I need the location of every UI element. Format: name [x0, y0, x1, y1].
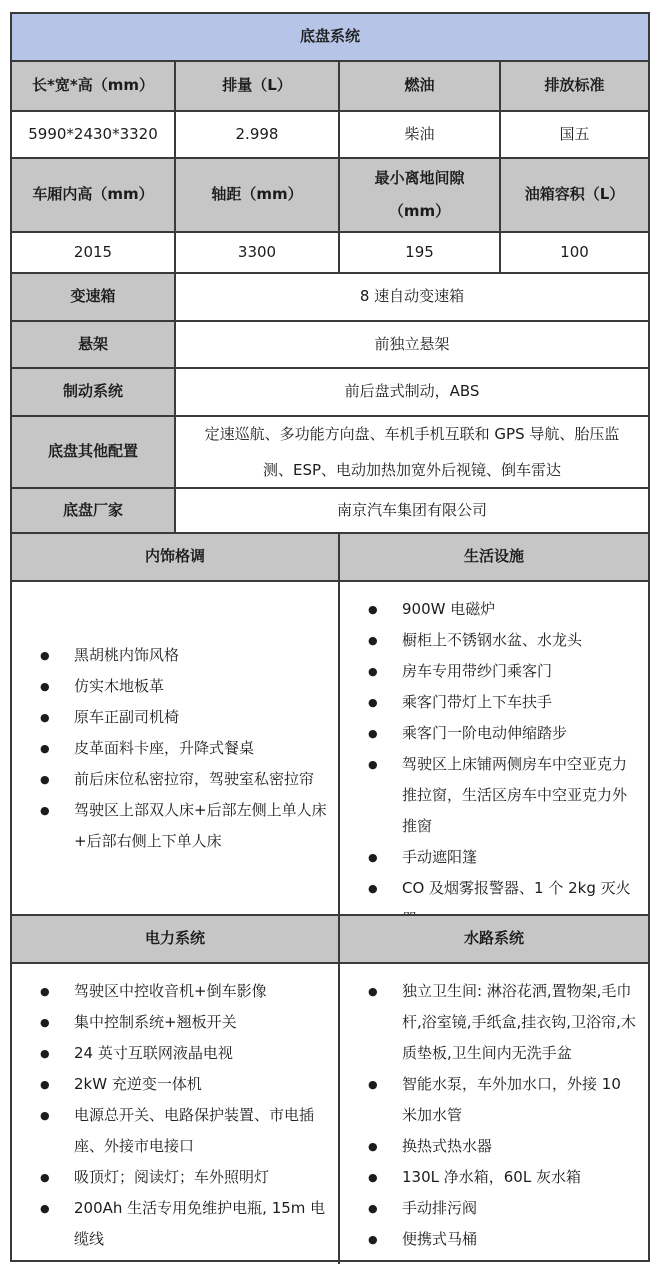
living-list-cell: ●900W 电磁炉 ●橱柜上不锈钢水盆、水龙头 ●房车专用带纱门乘客门 ●乘客门…	[338, 582, 648, 914]
bullet-icon: ●	[28, 1100, 74, 1131]
living-list: ●900W 电磁炉 ●橱柜上不锈钢水盆、水龙头 ●房车专用带纱门乘客门 ●乘客门…	[356, 594, 642, 914]
list-item: ●900W 电磁炉	[356, 594, 642, 625]
list-item: ●独立卫生间: 淋浴花洒,置物架,毛巾杆,浴室镜,手纸盒,挂衣钩,卫浴帘,木质垫…	[356, 976, 642, 1069]
spec-value-wheelbase: 3300	[174, 233, 338, 272]
bullet-icon: ●	[356, 976, 402, 1007]
list-item-text: 换热式热水器	[402, 1131, 642, 1162]
bullet-icon: ●	[356, 1162, 402, 1193]
list-item-text: 900W 电磁炉	[402, 594, 642, 625]
detail-row-suspension: 悬架 前独立悬架	[12, 320, 648, 367]
bullet-icon: ●	[28, 764, 74, 795]
detail-value-suspension: 前独立悬架	[174, 322, 648, 367]
list-item-text: 独立卫生间: 淋浴花洒,置物架,毛巾杆,浴室镜,手纸盒,挂衣钩,卫浴帘,木质垫板…	[402, 976, 642, 1069]
section-header-row-2: 电力系统 水路系统	[12, 914, 648, 962]
spec-header-row-2: 车厢内高（mm） 轴距（mm） 最小离地间隙 （mm） 油箱容积（L）	[12, 157, 648, 231]
list-item-text: 驾驶区中控收音机+倒车影像	[74, 976, 332, 1007]
list-item-text: 手动排污阀	[402, 1193, 642, 1224]
list-item: ●24 英寸互联网液晶电视	[28, 1038, 332, 1069]
spec-header-ground-clearance: 最小离地间隙 （mm）	[338, 159, 499, 231]
detail-label-gearbox: 变速箱	[12, 274, 174, 320]
detail-value-other-config: 定速巡航、多功能方向盘、车机手机互联和 GPS 导航、胎压监测、ESP、电动加热…	[174, 417, 648, 487]
spec-value-dimensions: 5990*2430*3320	[12, 112, 174, 157]
bullet-icon: ●	[28, 1069, 74, 1100]
list-item-text: 智能水泵，车外加水口，外接 10 米加水管	[402, 1069, 642, 1131]
bullet-icon: ●	[28, 795, 74, 826]
table-title-row: 底盘系统	[12, 14, 648, 60]
detail-row-gearbox: 变速箱 8 速自动变速箱	[12, 272, 648, 320]
list-item: ●电源总开关、电路保护装置、市电插座、外接市电接口	[28, 1100, 332, 1162]
list-item: ●手动遮阳篷	[356, 842, 642, 873]
list-item: ●前后床位私密拉帘，驾驶室私密拉帘	[28, 764, 332, 795]
section-header-row-1: 内饰格调 生活设施	[12, 532, 648, 580]
bullet-icon: ●	[356, 625, 402, 656]
detail-value-brakes: 前后盘式制动，ABS	[174, 369, 648, 415]
list-item-text: 房车专用带纱门乘客门	[402, 656, 642, 687]
list-item-text: 前后床位私密拉帘，驾驶室私密拉帘	[74, 764, 332, 795]
bullet-icon: ●	[28, 640, 74, 671]
list-item: ●200Ah 生活专用免维护电瓶, 15m 电缆线	[28, 1193, 332, 1255]
detail-label-suspension: 悬架	[12, 322, 174, 367]
list-item-text: 驾驶区上床铺两侧房车中空亚克力推拉窗，生活区房车中空亚克力外推窗	[402, 749, 642, 842]
detail-row-manufacturer: 底盘厂家 南京汽车集团有限公司	[12, 487, 648, 532]
list-item-text: 吸顶灯；阅读灯；车外照明灯	[74, 1162, 332, 1193]
list-item-text: 200Ah 生活专用免维护电瓶, 15m 电缆线	[74, 1193, 332, 1255]
list-item: ●原车正副司机椅	[28, 702, 332, 733]
list-item-text: 乘客门一阶电动伸缩踏步	[402, 718, 642, 749]
list-item: ●皮革面料卡座，升降式餐桌	[28, 733, 332, 764]
detail-row-brakes: 制动系统 前后盘式制动，ABS	[12, 367, 648, 415]
spec-value-fuel: 柴油	[338, 112, 499, 157]
interior-list-cell: ●黑胡桃内饰风格 ●仿实木地板革 ●原车正副司机椅 ●皮革面料卡座，升降式餐桌 …	[12, 582, 338, 914]
bullet-icon: ●	[356, 594, 402, 625]
list-item: ●换热式热水器	[356, 1131, 642, 1162]
spec-header-displacement: 排量（L）	[174, 62, 338, 110]
list-item: ●驾驶区上部双人床+后部左侧上单人床+后部右侧上下单人床	[28, 795, 332, 857]
list-item: ●乘客门一阶电动伸缩踏步	[356, 718, 642, 749]
detail-value-gearbox: 8 速自动变速箱	[174, 274, 648, 320]
spec-header-interior-height: 车厢内高（mm）	[12, 159, 174, 231]
list-item-text: 2kW 充逆变一体机	[74, 1069, 332, 1100]
section-title-living: 生活设施	[338, 534, 648, 580]
list-item-text: 驾驶区上部双人床+后部左侧上单人床+后部右侧上下单人床	[74, 795, 332, 857]
list-item-text: 电源总开关、电路保护装置、市电插座、外接市电接口	[74, 1100, 332, 1162]
list-item: ●吸顶灯；阅读灯；车外照明灯	[28, 1162, 332, 1193]
spec-value-tank-capacity: 100	[499, 233, 648, 272]
list-item-text: 黑胡桃内饰风格	[74, 640, 332, 671]
vehicle-spec-table: 底盘系统 长*宽*高（mm） 排量（L） 燃油 排放标准 5990*2430*3…	[10, 12, 650, 1262]
bullet-icon: ●	[28, 1007, 74, 1038]
list-item-text: 乘客门带灯上下车扶手	[402, 687, 642, 718]
bullet-icon: ●	[28, 1038, 74, 1069]
bullet-icon: ●	[356, 1131, 402, 1162]
detail-label-other-config: 底盘其他配置	[12, 417, 174, 487]
bullet-icon: ●	[356, 1193, 402, 1224]
spec-header-row-1: 长*宽*高（mm） 排量（L） 燃油 排放标准	[12, 60, 648, 110]
list-item: ●智能水泵，车外加水口，外接 10 米加水管	[356, 1069, 642, 1131]
list-item-text: CO 及烟雾报警器、1 个 2kg 灭火器	[402, 873, 642, 914]
table-title: 底盘系统	[12, 14, 648, 60]
detail-value-manufacturer: 南京汽车集团有限公司	[174, 489, 648, 532]
power-list: ●驾驶区中控收音机+倒车影像 ●集中控制系统+翘板开关 ●24 英寸互联网液晶电…	[28, 976, 332, 1255]
bullet-icon: ●	[356, 873, 402, 904]
list-item: ●驾驶区中控收音机+倒车影像	[28, 976, 332, 1007]
spec-value-displacement: 2.998	[174, 112, 338, 157]
bullet-icon: ●	[28, 976, 74, 1007]
bullet-icon: ●	[356, 1069, 402, 1100]
list-item-text: 手动遮阳篷	[402, 842, 642, 873]
list-item-text: 便携式马桶	[402, 1224, 642, 1255]
list-item: ●房车专用带纱门乘客门	[356, 656, 642, 687]
spec-value-ground-clearance: 195	[338, 233, 499, 272]
power-list-cell: ●驾驶区中控收音机+倒车影像 ●集中控制系统+翘板开关 ●24 英寸互联网液晶电…	[12, 964, 338, 1264]
list-item-text: 皮革面料卡座，升降式餐桌	[74, 733, 332, 764]
list-item: ●2kW 充逆变一体机	[28, 1069, 332, 1100]
list-item: ●仿实木地板革	[28, 671, 332, 702]
section-content-row-1: ●黑胡桃内饰风格 ●仿实木地板革 ●原车正副司机椅 ●皮革面料卡座，升降式餐桌 …	[12, 580, 648, 914]
spec-value-row-1: 5990*2430*3320 2.998 柴油 国五	[12, 110, 648, 157]
spec-value-emission: 国五	[499, 112, 648, 157]
list-item-text: 原车正副司机椅	[74, 702, 332, 733]
bullet-icon: ●	[356, 718, 402, 749]
bullet-icon: ●	[28, 733, 74, 764]
list-item: ●集中控制系统+翘板开关	[28, 1007, 332, 1038]
bullet-icon: ●	[28, 702, 74, 733]
list-item-text: 集中控制系统+翘板开关	[74, 1007, 332, 1038]
list-item-text: 130L 净水箱，60L 灰水箱	[402, 1162, 642, 1193]
spec-header-dimensions: 长*宽*高（mm）	[12, 62, 174, 110]
list-item: ●便携式马桶	[356, 1224, 642, 1255]
detail-label-brakes: 制动系统	[12, 369, 174, 415]
water-list-cell: ●独立卫生间: 淋浴花洒,置物架,毛巾杆,浴室镜,手纸盒,挂衣钩,卫浴帘,木质垫…	[338, 964, 648, 1264]
bullet-icon: ●	[356, 1224, 402, 1255]
list-item: ●驾驶区上床铺两侧房车中空亚克力推拉窗，生活区房车中空亚克力外推窗	[356, 749, 642, 842]
list-item-text: 24 英寸互联网液晶电视	[74, 1038, 332, 1069]
list-item-text: 仿实木地板革	[74, 671, 332, 702]
bullet-icon: ●	[28, 1193, 74, 1224]
section-title-power: 电力系统	[12, 916, 338, 962]
spec-header-wheelbase: 轴距（mm）	[174, 159, 338, 231]
list-item: ●橱柜上不锈钢水盆、水龙头	[356, 625, 642, 656]
list-item: ●CO 及烟雾报警器、1 个 2kg 灭火器	[356, 873, 642, 914]
spec-value-interior-height: 2015	[12, 233, 174, 272]
water-list: ●独立卫生间: 淋浴花洒,置物架,毛巾杆,浴室镜,手纸盒,挂衣钩,卫浴帘,木质垫…	[356, 976, 642, 1255]
spec-header-emission: 排放标准	[499, 62, 648, 110]
section-title-water: 水路系统	[338, 916, 648, 962]
list-item: ●乘客门带灯上下车扶手	[356, 687, 642, 718]
bullet-icon: ●	[356, 656, 402, 687]
spec-value-row-2: 2015 3300 195 100	[12, 231, 648, 272]
interior-list: ●黑胡桃内饰风格 ●仿实木地板革 ●原车正副司机椅 ●皮革面料卡座，升降式餐桌 …	[28, 640, 332, 857]
bullet-icon: ●	[356, 842, 402, 873]
section-title-interior: 内饰格调	[12, 534, 338, 580]
list-item: ●130L 净水箱，60L 灰水箱	[356, 1162, 642, 1193]
detail-label-manufacturer: 底盘厂家	[12, 489, 174, 532]
list-item: ●手动排污阀	[356, 1193, 642, 1224]
bullet-icon: ●	[28, 1162, 74, 1193]
bullet-icon: ●	[356, 687, 402, 718]
section-content-row-2: ●驾驶区中控收音机+倒车影像 ●集中控制系统+翘板开关 ●24 英寸互联网液晶电…	[12, 962, 648, 1264]
bullet-icon: ●	[356, 749, 402, 780]
list-item: ●黑胡桃内饰风格	[28, 640, 332, 671]
spec-header-tank-capacity: 油箱容积（L）	[499, 159, 648, 231]
bullet-icon: ●	[28, 671, 74, 702]
detail-row-other-config: 底盘其他配置 定速巡航、多功能方向盘、车机手机互联和 GPS 导航、胎压监测、E…	[12, 415, 648, 487]
list-item-text: 橱柜上不锈钢水盆、水龙头	[402, 625, 642, 656]
spec-header-fuel: 燃油	[338, 62, 499, 110]
